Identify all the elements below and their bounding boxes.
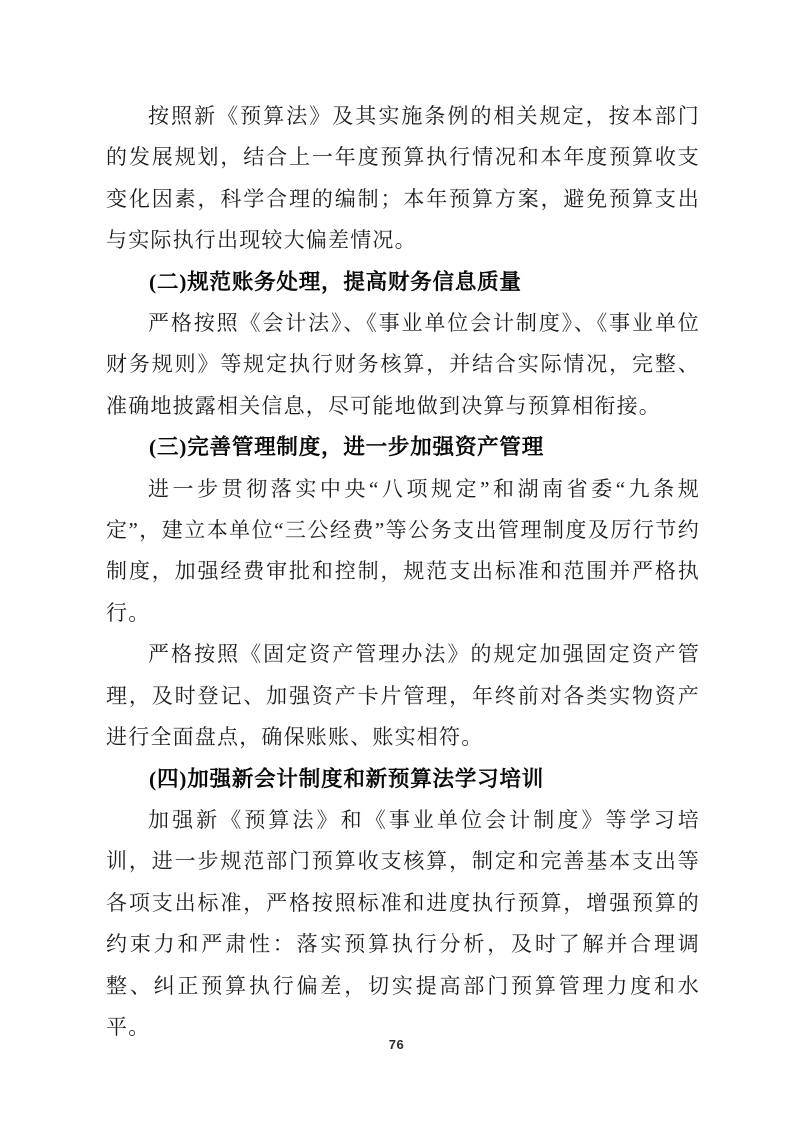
section-heading: (三)完善管理制度，进一步加强资产管理: [106, 427, 700, 468]
paragraph: 进一步贯彻落实中央“八项规定”和湖南省委“九条规定”，建立本单位“三公经费”等公…: [106, 469, 700, 635]
paragraph: 严格按照《固定资产管理办法》的规定加强固定资产管理，及时登记、加强资产卡片管理，…: [106, 634, 700, 758]
document-page: 按照新《预算法》及其实施条例的相关规定，按本部门的发展规划，结合上一年度预算执行…: [0, 0, 793, 1122]
paragraph: 严格按照《会计法》、《事业单位会计制度》、《事业单位财务规则》等规定执行财务核算…: [106, 303, 700, 427]
document-body: 按照新《预算法》及其实施条例的相关规定，按本部门的发展规划，结合上一年度预算执行…: [106, 96, 700, 1048]
paragraph: 加强新《预算法》和《事业单位会计制度》等学习培训，进一步规范部门预算收支核算，制…: [106, 800, 700, 1048]
page-number: 76: [389, 1037, 404, 1052]
section-heading: (四)加强新会计制度和新预算法学习培训: [106, 759, 700, 800]
section-heading: (二)规范账务处理，提高财务信息质量: [106, 262, 700, 303]
page-footer: 76: [0, 1036, 793, 1054]
paragraph: 按照新《预算法》及其实施条例的相关规定，按本部门的发展规划，结合上一年度预算执行…: [106, 96, 700, 262]
